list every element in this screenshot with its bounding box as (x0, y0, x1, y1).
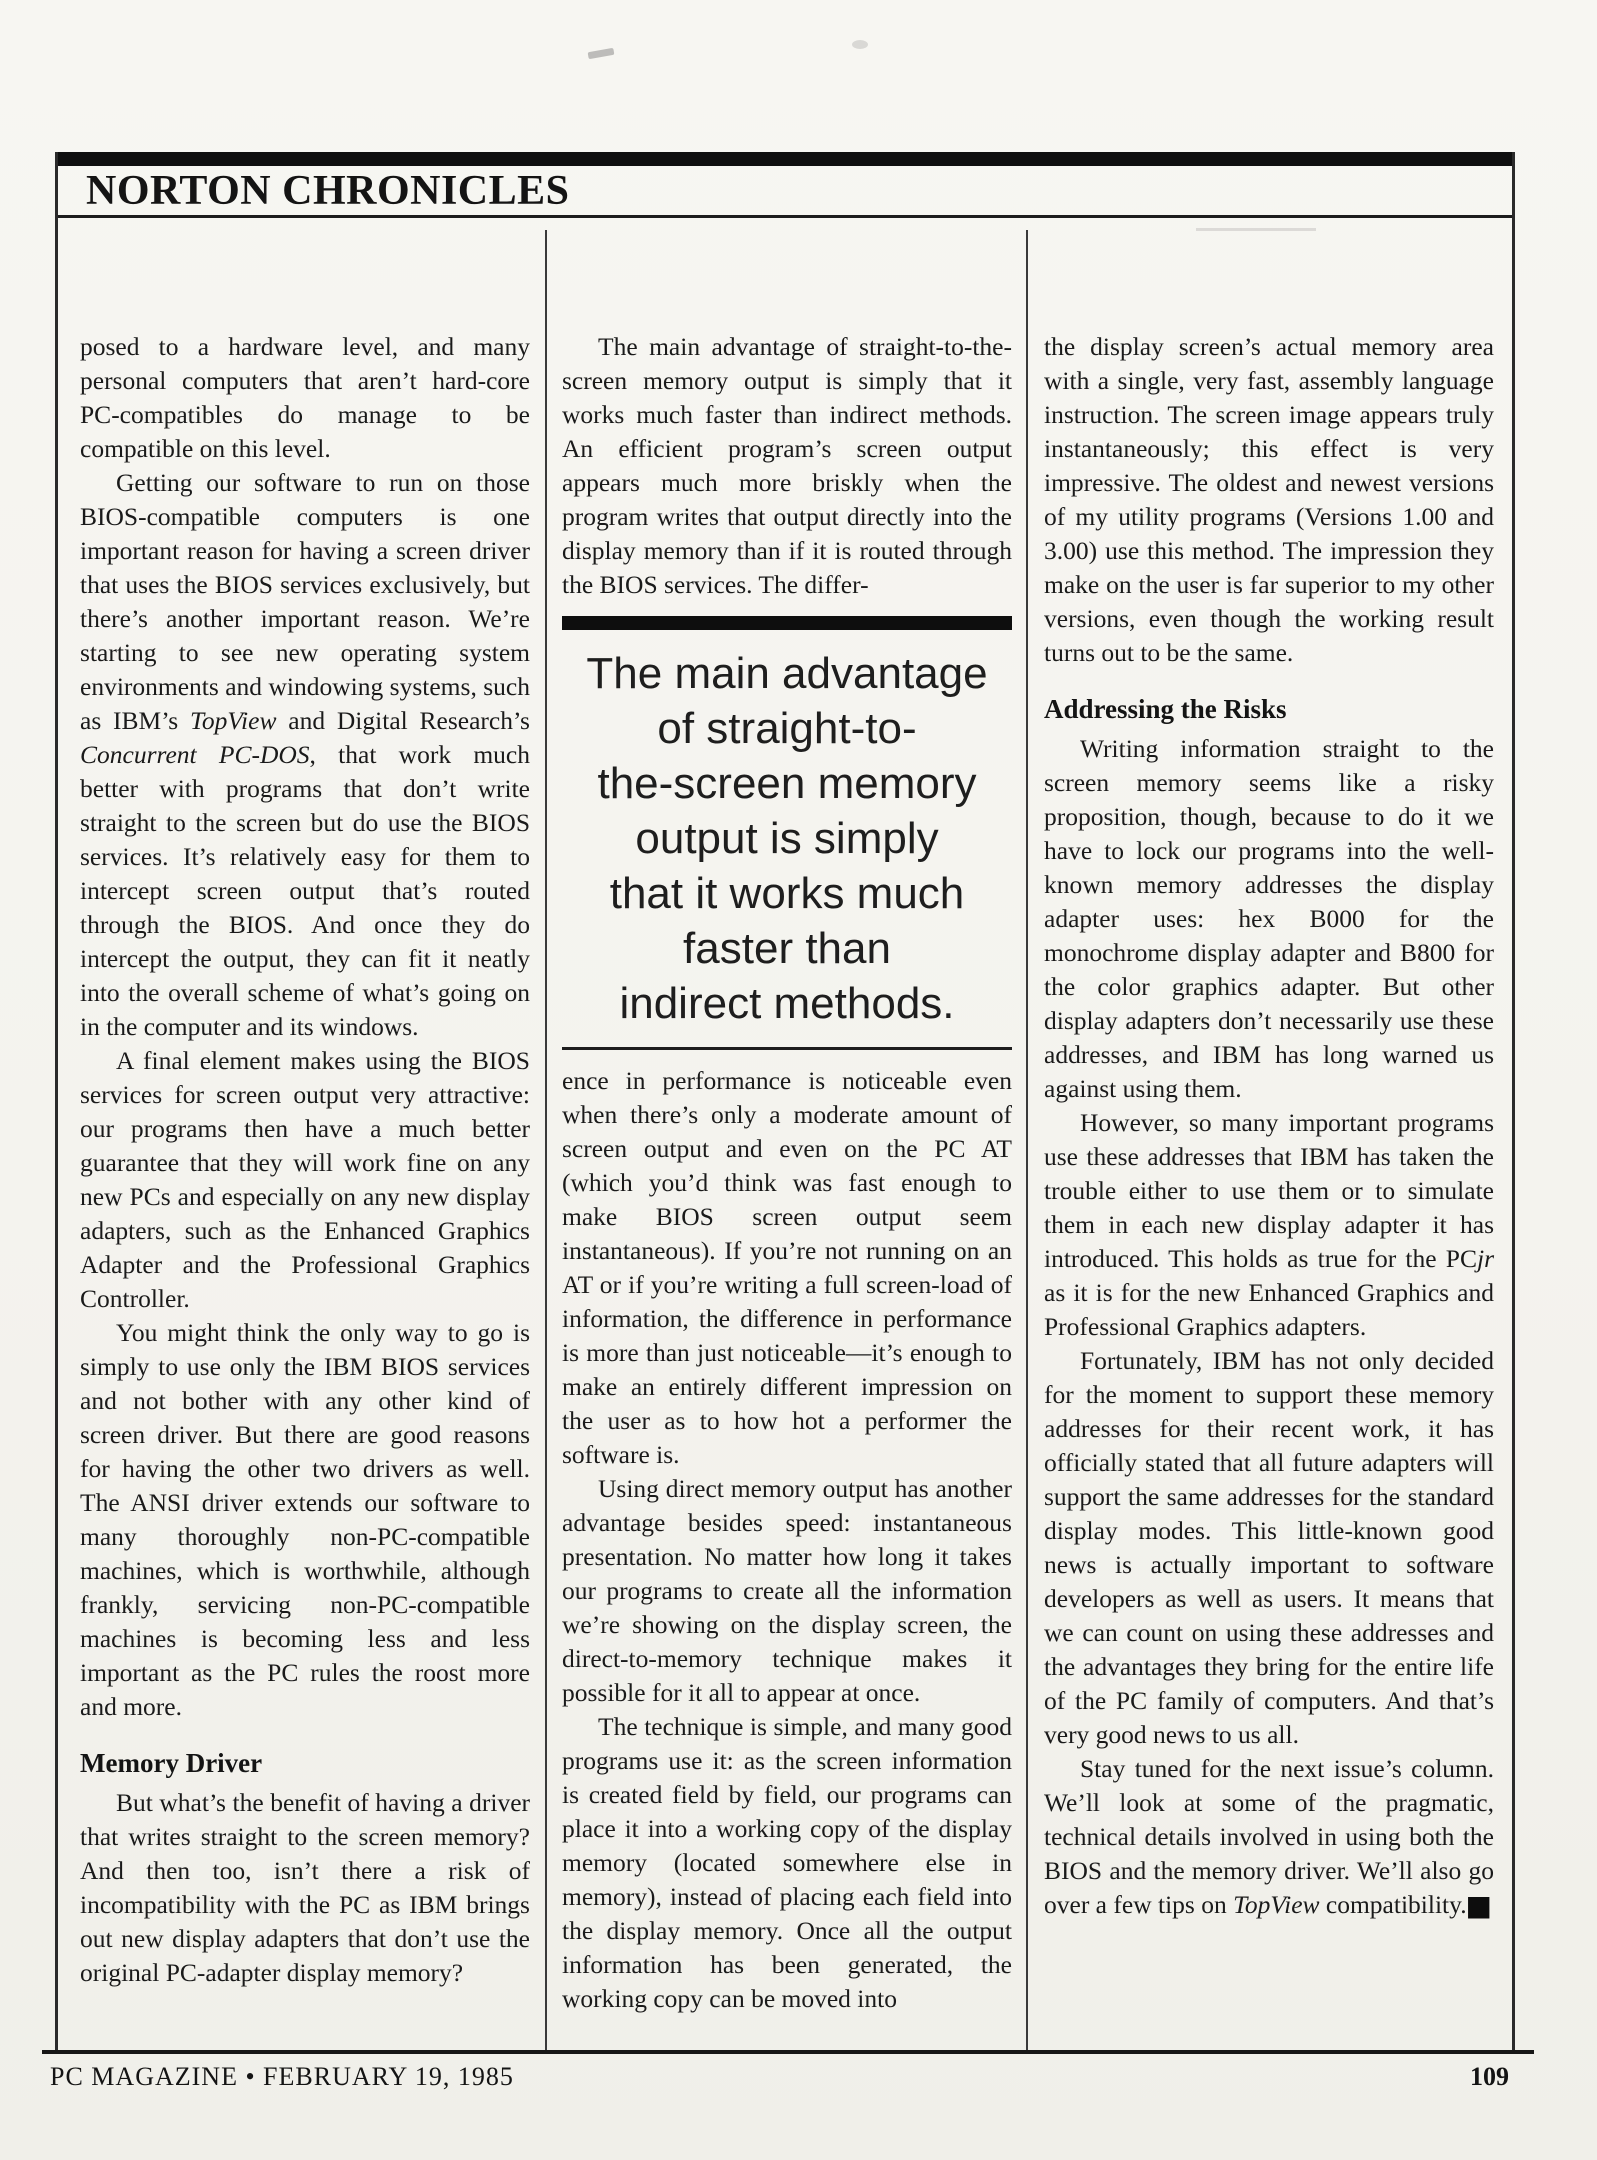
article-column-2: The main advantage of straight-to-the-sc… (562, 330, 1012, 2016)
pull-quote-top-bar (562, 616, 1012, 630)
paragraph-continuation: ence in performance is noticeable even w… (562, 1064, 1012, 1472)
page-border-right (1512, 152, 1515, 2052)
article-column-1: posed to a hardware level, and many pers… (80, 330, 530, 1990)
paragraph: Writing information straight to the scre… (1044, 732, 1494, 1106)
paragraph: Stay tuned for the next issue’s column. … (1044, 1752, 1494, 1922)
paragraph: However, so many important programs use … (1044, 1106, 1494, 1344)
paragraph: Fortunately, IBM has not only decided fo… (1044, 1344, 1494, 1752)
scan-artifact (1196, 228, 1316, 231)
paragraph: Using direct memory output has another a… (562, 1472, 1012, 1710)
paragraph: But what’s the benefit of having a drive… (80, 1786, 530, 1990)
footer-magazine-date: PC MAGAZINE • FEBRUARY 19, 1985 (50, 2062, 514, 2092)
column-divider-1 (545, 230, 547, 2052)
header-top-bar (55, 152, 1515, 166)
column-divider-2 (1026, 230, 1028, 2052)
pull-quote-text: The main advantageof straight-to-the-scr… (562, 630, 1012, 1047)
header-rule (55, 215, 1515, 218)
magazine-page-scan: NORTON CHRONICLES posed to a hardware le… (0, 0, 1597, 2160)
paragraph: Getting our software to run on those BIO… (80, 466, 530, 1044)
page-number: 109 (1470, 2062, 1509, 2092)
footer-rule (42, 2050, 1534, 2054)
column-masthead-title: NORTON CHRONICLES (86, 166, 570, 216)
end-of-article-marker: ■ (1466, 1892, 1492, 1920)
paragraph-continuation: posed to a hardware level, and many pers… (80, 330, 530, 466)
scan-artifact (588, 48, 615, 59)
pull-quote-box: The main advantageof straight-to-the-scr… (562, 616, 1012, 1050)
section-heading-memory-driver: Memory Driver (80, 1746, 530, 1780)
pull-quote-bottom-rule (562, 1047, 1012, 1050)
article-column-3: the display screen’s actual memory area … (1044, 330, 1494, 1922)
paragraph: The main advantage of straight-to-the-sc… (562, 330, 1012, 602)
paragraph-continuation: the display screen’s actual memory area … (1044, 330, 1494, 670)
paragraph: The technique is simple, and many good p… (562, 1710, 1012, 2016)
paragraph: You might think the only way to go is si… (80, 1316, 530, 1724)
paragraph: A final element makes using the BIOS ser… (80, 1044, 530, 1316)
section-heading-addressing-the-risks: Addressing the Risks (1044, 692, 1494, 726)
page-border-left (55, 152, 58, 2052)
scan-artifact (852, 40, 868, 49)
